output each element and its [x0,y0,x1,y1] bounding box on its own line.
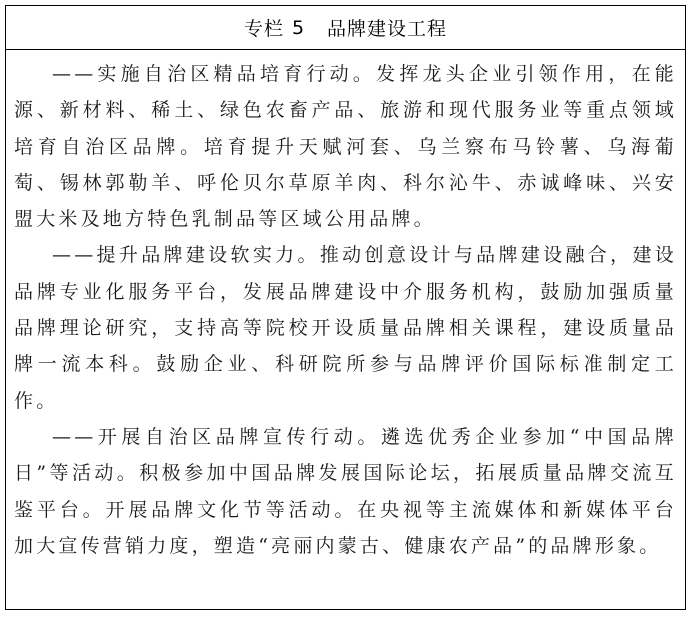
column-number: 5 [292,17,305,39]
column-header: 专栏 5 品牌建设工程 [6,6,685,50]
column-title: 品牌建设工程 [327,14,447,41]
column-body: ——实施自治区精品培育行动。发挥龙头企业引领作用，在能源、新材料、稀土、绿色农畜… [6,50,685,564]
column-box: 专栏 5 品牌建设工程 ——实施自治区精品培育行动。发挥龙头企业引领作用，在能源… [5,5,686,610]
paragraph-promotion: ——开展自治区品牌宣传行动。遴选优秀企业参加“中国品牌日”等活动。积极参加中国品… [14,419,677,564]
paragraph-brand-cultivation: ——实施自治区精品培育行动。发挥龙头企业引领作用，在能源、新材料、稀土、绿色农畜… [14,56,677,237]
paragraph-soft-power: ——提升品牌建设软实力。推动创意设计与品牌建设融合，建设品牌专业化服务平台，发展… [14,237,677,418]
column-label: 专栏 [244,14,284,41]
